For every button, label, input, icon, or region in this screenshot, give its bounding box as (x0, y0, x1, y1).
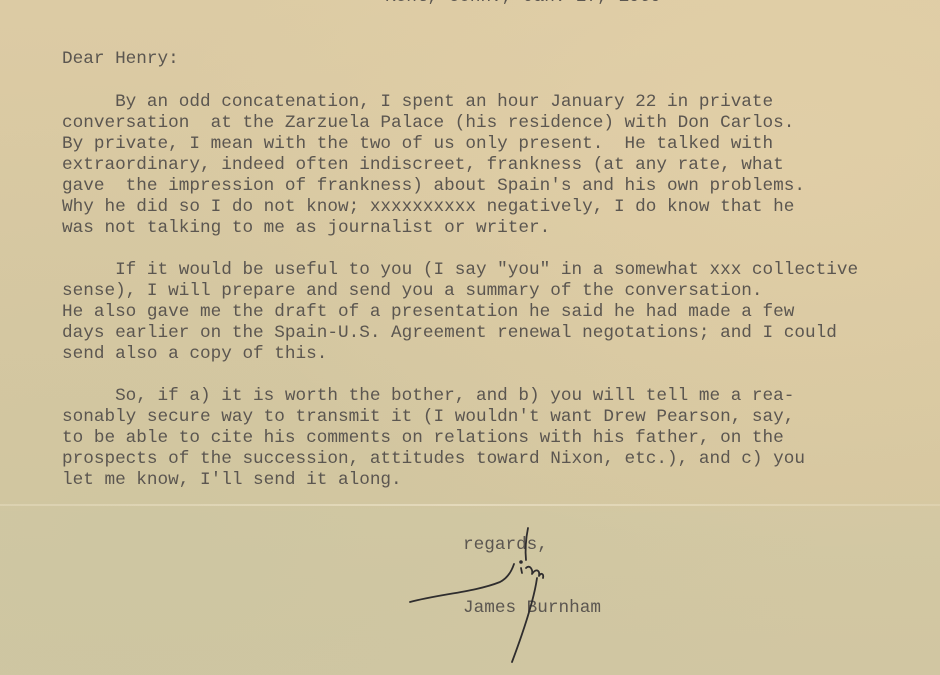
paragraph-1-line: Why he did so I do not know; xxxxxxxxxx … (62, 197, 794, 218)
paragraph-3-line: prospects of the succession, attitudes t… (62, 449, 805, 470)
paragraph-2-line: days earlier on the Spain-U.S. Agreement… (62, 323, 837, 344)
handwritten-signature (400, 520, 600, 670)
paragraph-1-line: By private, I mean with the two of us on… (62, 134, 773, 155)
paragraph-3-line: sonably secure way to transmit it (I wou… (62, 407, 794, 428)
paragraph-2-line: sense), I will prepare and send you a su… (62, 281, 763, 302)
paragraph-1-line: was not talking to me as journalist or w… (62, 218, 550, 239)
paragraph-1-line: extraordinary, indeed often indiscreet, … (62, 155, 784, 176)
paragraph-2-line: send also a copy of this. (62, 344, 327, 365)
paragraph-3-line: to be able to cite his comments on relat… (62, 428, 784, 449)
paragraph-1-line: conversation at the Zarzuela Palace (his… (62, 113, 794, 134)
paragraph-2-line: He also gave me the draft of a presentat… (62, 302, 794, 323)
date-line-clipped: Kent, Conn., Jan. 27, 1969 (385, 0, 661, 8)
paragraph-3-line: So, if a) it is worth the bother, and b)… (62, 386, 794, 407)
paragraph-1-line: By an odd concatenation, I spent an hour… (62, 92, 773, 113)
paragraph-1-line: gave the impression of frankness) about … (62, 176, 805, 197)
paragraph-3-line: let me know, I'll send it along. (62, 470, 402, 491)
paper-fold-line (0, 504, 940, 506)
salutation: Dear Henry: (62, 49, 179, 70)
paragraph-2-line: If it would be useful to you (I say "you… (62, 260, 858, 281)
